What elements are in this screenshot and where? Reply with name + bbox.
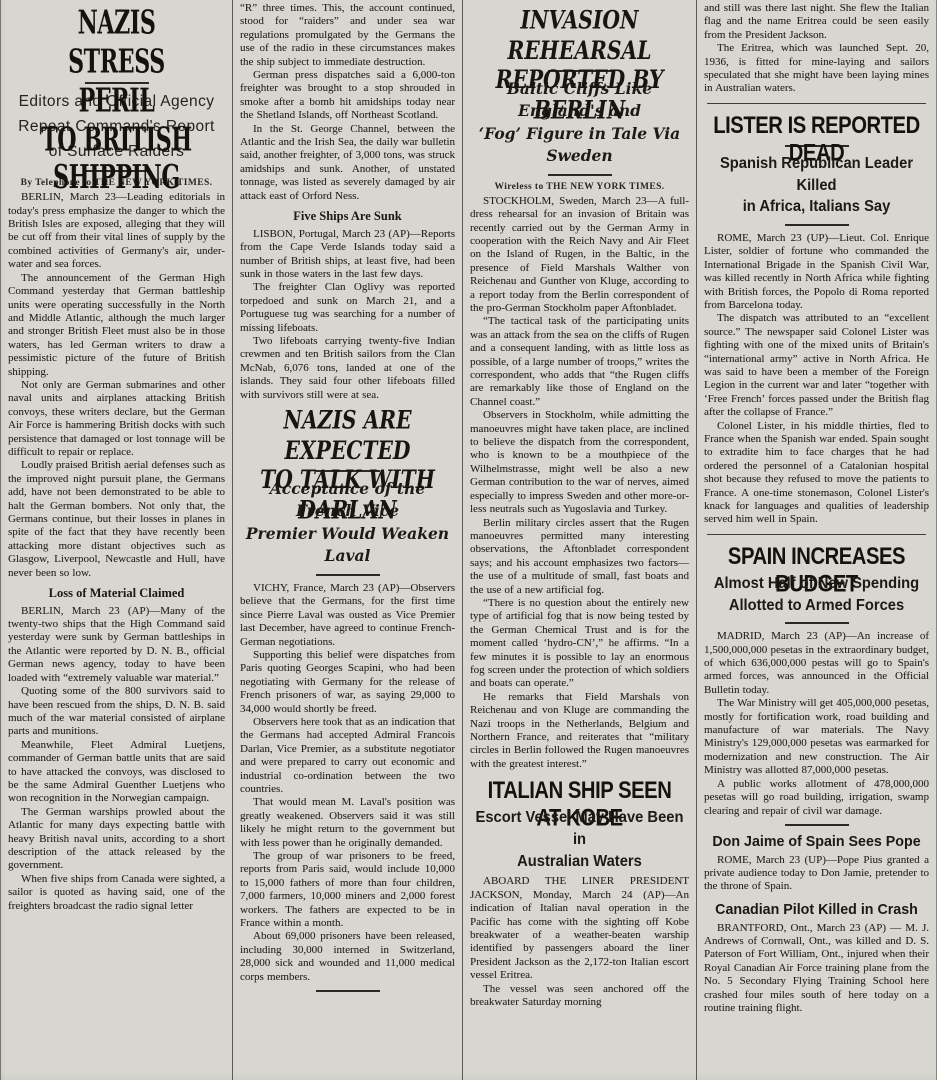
para: He remarks that Field Marshals von Reich… (470, 691, 689, 771)
para: VICHY, France, March 23 (AP)—Observers b… (240, 582, 455, 649)
para: Two lifeboats carrying twenty-five India… (240, 335, 455, 402)
column-4: and still was there last night. She flew… (697, 0, 937, 1080)
column-1: NAZIS STRESS PERIL TO BRITISH SHIPPINGEd… (0, 0, 233, 1080)
para: Berlin military circles assert that the … (470, 517, 689, 597)
para: ROME, March 23 (UP)—Pope Pius granted a … (704, 854, 929, 894)
para: When five ships from Canada were sighted… (8, 873, 225, 913)
para: Colonel Lister, in his middle thirties, … (704, 420, 929, 527)
headline-spain-increases-budget: SPAIN INCREASES BUDGET (713, 542, 920, 573)
para: ABOARD THE LINER PRESIDENT JACKSON, Mond… (470, 875, 689, 982)
para: “There is no question about the entirely… (470, 597, 689, 691)
rule-divider (785, 224, 849, 226)
rule-divider (785, 622, 849, 624)
para: ROME, March 23 (UP)—Lieut. Col. Enrique … (704, 232, 929, 312)
headline-invasion-rehearsal: INVASION REHEARSAL REPORTED BY BERLIN (483, 6, 676, 69)
para: Meanwhile, Fleet Admiral Luetjens, comma… (8, 739, 225, 806)
column-3: INVASION REHEARSAL REPORTED BY BERLINBal… (463, 0, 697, 1080)
subhead-canadian-pilot-killed: Canadian Pilot Killed in Crash (710, 901, 924, 920)
subhead-five-ships-sunk: Five Ships Are Sunk (240, 209, 455, 225)
deck-spanish-republican-leader: Spanish Republican Leader Killed in Afri… (710, 153, 924, 218)
para: MADRID, March 23 (AP)—An increase of 1,5… (704, 630, 929, 697)
para: The German warships prowled about the At… (8, 806, 225, 873)
column-2: “R” three times. This, the account conti… (233, 0, 463, 1080)
para: German press dispatches said a 6,000-ton… (240, 69, 455, 123)
para: A public works allotment of 478,000,000 … (704, 778, 929, 818)
para: BRANTFORD, Ont., March 23 (AP) — M. J. A… (704, 922, 929, 1016)
para: The Eritrea, which was launched Sept. 20… (704, 42, 929, 96)
rule-divider (548, 174, 612, 176)
para: About 69,000 prisoners have been release… (240, 930, 455, 984)
para: Quoting some of the 800 survivors said t… (8, 685, 225, 739)
para: Observers in Stockholm, while admitting … (470, 409, 689, 516)
para: Supporting this belief were dispatches f… (240, 649, 455, 716)
headline-nazis-expected-darlan: NAZIS ARE EXPECTED TO TALK WITH DARLAN (253, 406, 442, 469)
subhead-loss-of-material: Loss of Material Claimed (8, 586, 225, 602)
para: The group of war prisoners to be freed, … (240, 850, 455, 930)
deck-escort-vessel: Escort Vessel May Have Been in Australia… (475, 807, 683, 872)
rule-divider (785, 824, 849, 826)
para: The announcement of the German High Comm… (8, 272, 225, 379)
para-continuation: “R” three times. This, the account conti… (240, 2, 455, 69)
rule-box-top (707, 534, 926, 535)
para: That would mean M. Laval's position was … (240, 796, 455, 850)
newspaper-page: NAZIS STRESS PERIL TO BRITISH SHIPPINGEd… (0, 0, 937, 1080)
para: The War Ministry will get 405,000,000 pe… (704, 697, 929, 777)
para: Loudly praised British aerial defenses s… (8, 459, 225, 580)
para-continuation: and still was there last night. She flew… (704, 2, 929, 42)
headline-nazis-stress-peril: NAZIS STRESS PERIL TO BRITISH SHIPPING (28, 4, 206, 92)
headline-lister-reported-dead: LISTER IS REPORTED DEAD (713, 111, 920, 142)
para: STOCKHOLM, Sweden, March 23—A full-dress… (470, 195, 689, 316)
subhead-don-jaime-sees-pope: Don Jaime of Spain Sees Pope (710, 833, 924, 852)
para: Not only are German submarines and other… (8, 379, 225, 459)
para: “The tactical task of the participating … (470, 315, 689, 409)
rule-end (316, 990, 380, 992)
para: The vessel was seen anchored off the bre… (470, 983, 689, 1010)
credit-line: Wireless to THE NEW YORK TIMES. (470, 182, 689, 194)
para: The freighter Clan Oglivy was reported t… (240, 281, 455, 335)
headline-italian-ship-kobe: ITALIAN SHIP SEEN AT KOBE (479, 776, 680, 807)
deck-almost-half-new-spending: Almost Half of New Spending Allotted to … (710, 573, 924, 616)
para: LISBON, Portugal, March 23 (AP)—Reports … (240, 228, 455, 282)
rule-box-top (707, 103, 926, 104)
rule-divider (316, 574, 380, 576)
para: BERLIN, March 23 (AP)—Many of the twenty… (8, 605, 225, 685)
para: In the St. George Channel, between the A… (240, 123, 455, 203)
para: The dispatch was attributed to an “excel… (704, 312, 929, 419)
para: BERLIN, March 23—Leading editorials in t… (8, 191, 225, 271)
para: Observers here took that as an indicatio… (240, 716, 455, 796)
